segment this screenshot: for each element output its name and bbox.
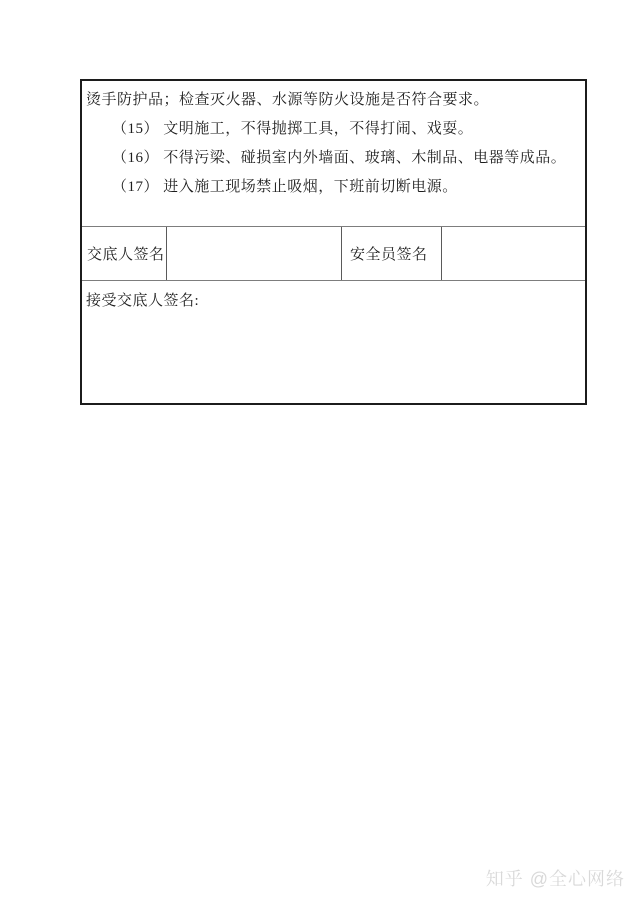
content-section: 烫手防护品；检查灭火器、水源等防火设施是否符合要求。 （15） 文明施工，不得抛… xyxy=(82,81,585,227)
document-page: 烫手防护品；检查灭火器、水源等防火设施是否符合要求。 （15） 文明施工，不得抛… xyxy=(0,0,640,906)
receiver-signature-section: 接受交底人签名: xyxy=(82,281,585,403)
content-line-item17: （17） 进入施工现场禁止吸烟，下班前切断电源。 xyxy=(86,173,577,202)
safety-disclosure-table: 烫手防护品；检查灭火器、水源等防火设施是否符合要求。 （15） 文明施工，不得抛… xyxy=(80,79,587,405)
content-line-item16: （16） 不得污梁、碰损室内外墙面、玻璃、木制品、电器等成品。 xyxy=(86,144,577,173)
discloser-signature-label: 交底人签名 xyxy=(82,227,167,280)
safety-officer-signature-field xyxy=(442,227,585,280)
watermark: 知乎 @全心网络 xyxy=(486,865,625,891)
discloser-signature-field xyxy=(167,227,342,280)
content-line-continuation: 烫手防护品；检查灭火器、水源等防火设施是否符合要求。 xyxy=(86,86,577,115)
content-line-item15: （15） 文明施工，不得抛掷工具，不得打闹、戏耍。 xyxy=(86,115,577,144)
receiver-signature-label: 接受交底人签名: xyxy=(86,293,199,309)
safety-officer-signature-label: 安全员签名 xyxy=(342,227,442,280)
signature-row: 交底人签名 安全员签名 xyxy=(82,227,585,281)
